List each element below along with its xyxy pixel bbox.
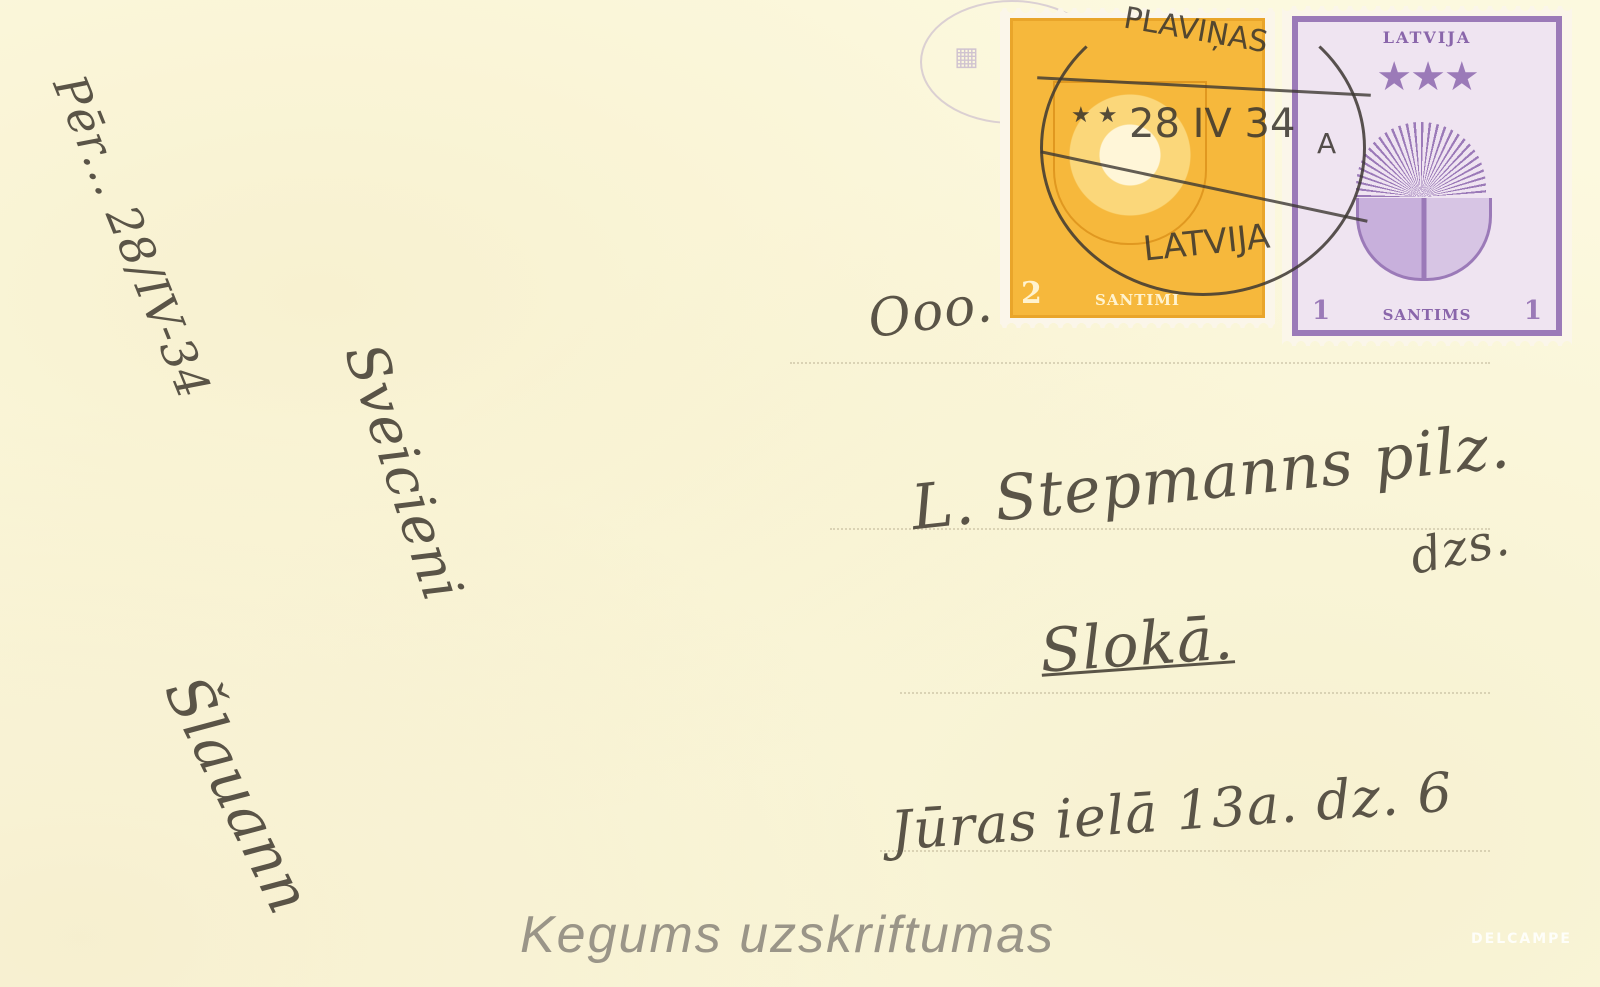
stamp-value-left: 1 <box>1312 296 1330 326</box>
postmark-stars: ★ ★ <box>1071 103 1117 128</box>
pencil-note: Kegums uzskriftumas <box>520 905 1055 965</box>
postmark-suffix: A <box>1317 127 1336 160</box>
stars-icon: ★★★ <box>1376 54 1478 100</box>
watermark: DELCAMPE <box>1471 931 1572 947</box>
postmark-date: 28 IV 34 <box>1129 101 1295 147</box>
postcard: ▦ 2 SANTIMI LATVIJA ★★★ 1 SANTIMS 1 PLAV… <box>0 0 1600 987</box>
message-greeting: Pēr... 28/IV-34 <box>42 67 221 406</box>
address-rule <box>900 692 1490 694</box>
stamp-value-right: 1 <box>1524 296 1542 326</box>
postmark: PLAVIŅAS ★ ★ 28 IV 34 A LATVIJA <box>1040 0 1366 296</box>
message-text: Sveicieni <box>331 336 475 609</box>
sunburst-icon <box>1356 122 1486 197</box>
cachet-mark: ▦ <box>954 42 979 72</box>
address-line-1b: dzs. <box>1405 510 1514 586</box>
address-salutation: Ooo. <box>864 274 996 351</box>
address-rule <box>790 362 1490 364</box>
stamp-value: 2 <box>1021 276 1042 311</box>
postmark-town: PLAVIŅAS <box>1121 1 1270 61</box>
shield-icon <box>1356 198 1492 281</box>
address-line-3: Jūras ielā 13a. dz. 6 <box>888 760 1454 862</box>
stamp-currency: SANTIMS <box>1383 306 1472 324</box>
address-line-2: Slokā. <box>1038 603 1236 686</box>
message-signature: Šlauann <box>150 665 325 925</box>
stamp-currency: SANTIMI <box>1095 291 1180 309</box>
stamp-country: LATVIJA <box>1383 28 1472 47</box>
postmark-country: LATVIJA <box>1141 216 1272 269</box>
address-line-1: L. Stepmanns pilz. <box>908 409 1514 544</box>
